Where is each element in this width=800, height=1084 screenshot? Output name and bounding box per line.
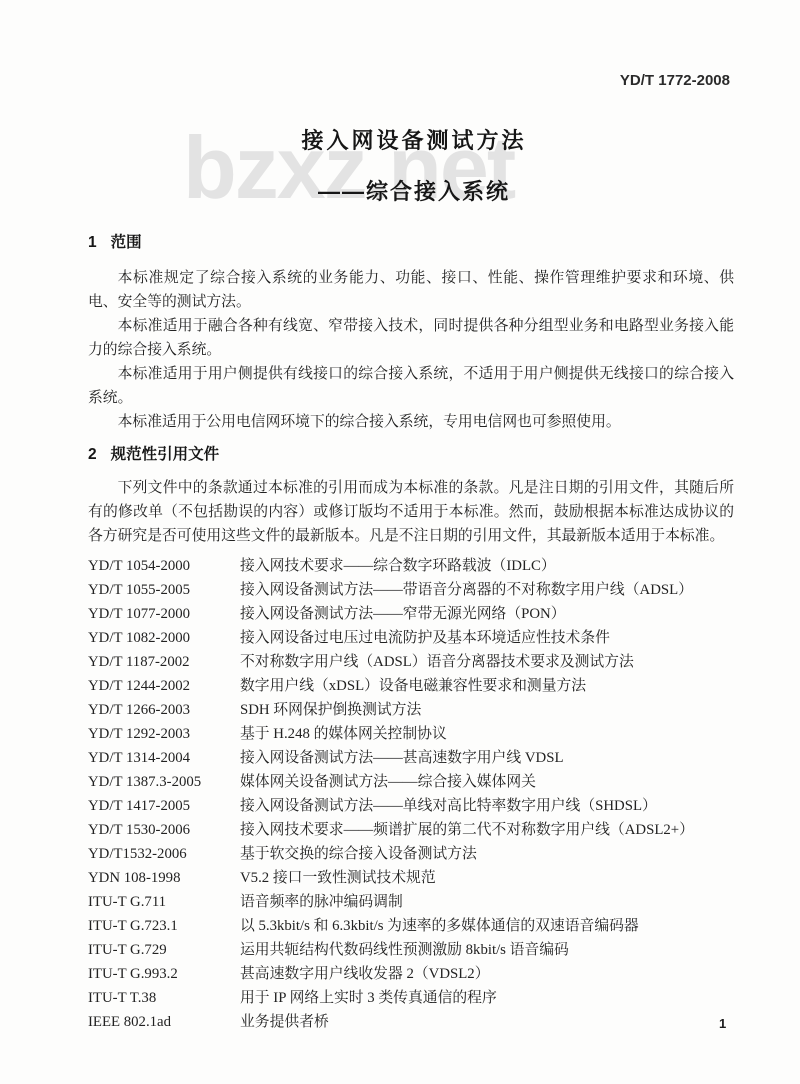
reference-title: 运用共轭结构代数码线性预测激励 8kbit/s 语音编码 <box>240 938 734 962</box>
reference-code: YD/T 1082-2000 <box>88 626 240 650</box>
reference-item: ITU-T G.993.2甚高速数字用户线收发器 2（VDSL2） <box>88 962 734 986</box>
doc-number: YD/T 1772-2008 <box>620 72 730 89</box>
reference-title: 基于软交换的综合接入设备测试方法 <box>240 842 734 866</box>
reference-item: ITU-T G.729运用共轭结构代数码线性预测激励 8kbit/s 语音编码 <box>88 938 734 962</box>
reference-item: YD/T 1292-2003基于 H.248 的媒体网关控制协议 <box>88 722 734 746</box>
reference-code: ITU-T G.723.1 <box>88 914 240 938</box>
reference-title: 用于 IP 网络上实时 3 类传真通信的程序 <box>240 986 734 1010</box>
scope-paragraph-1: 本标准规定了综合接入系统的业务能力、功能、接口、性能、操作管理维护要求和环境、供… <box>88 266 734 314</box>
reference-item: YD/T 1314-2004接入网设备测试方法——甚高速数字用户线 VDSL <box>88 746 734 770</box>
reference-title: 接入网设备测试方法——窄带无源光网络（PON） <box>240 602 734 626</box>
reference-item: YD/T 1417-2005接入网设备测试方法——单线对高比特率数字用户线（SH… <box>88 794 734 818</box>
reference-item: YD/T 1055-2005接入网设备测试方法——带语音分离器的不对称数字用户线… <box>88 578 734 602</box>
reference-code: YD/T 1266-2003 <box>88 698 240 722</box>
reference-item: ITU-T T.38用于 IP 网络上实时 3 类传真通信的程序 <box>88 986 734 1010</box>
section-title: 规范性引用文件 <box>111 446 220 463</box>
reference-code: YD/T 1055-2005 <box>88 578 240 602</box>
reference-title: 接入网设备过电压过电流防护及基本环境适应性技术条件 <box>240 626 734 650</box>
reference-code: IEEE 802.1ad <box>88 1010 240 1034</box>
section-title: 范围 <box>111 234 142 251</box>
reference-code: YD/T1532-2006 <box>88 842 240 866</box>
reference-title: 业务提供者桥 <box>240 1010 734 1034</box>
section-heading-normative-references: 2规范性引用文件 <box>88 444 734 466</box>
reference-title: 语音频率的脉冲编码调制 <box>240 890 734 914</box>
reference-title: 接入网技术要求——频谱扩展的第二代不对称数字用户线（ADSL2+） <box>240 818 734 842</box>
section-heading-scope: 1范围 <box>88 232 734 254</box>
reference-title: 接入网设备测试方法——单线对高比特率数字用户线（SHDSL） <box>240 794 734 818</box>
section-number: 2 <box>88 446 97 463</box>
document-page: bzxz.net YD/T 1772-2008 接入网设备测试方法 ——综合接入… <box>0 0 800 1084</box>
reference-code: YD/T 1292-2003 <box>88 722 240 746</box>
page-subtitle: ——综合接入系统 <box>28 175 800 206</box>
reference-code: YD/T 1530-2006 <box>88 818 240 842</box>
reference-item: YD/T 1266-2003SDH 环网保护倒换测试方法 <box>88 698 734 722</box>
reference-code: YD/T 1244-2002 <box>88 674 240 698</box>
section-number: 1 <box>88 234 97 251</box>
reference-code: YD/T 1417-2005 <box>88 794 240 818</box>
reference-code: YD/T 1314-2004 <box>88 746 240 770</box>
reference-code: ITU-T G.711 <box>88 890 240 914</box>
reference-title: 甚高速数字用户线收发器 2（VDSL2） <box>240 962 734 986</box>
page-number: 1 <box>719 1016 726 1031</box>
reference-code: ITU-T G.729 <box>88 938 240 962</box>
reference-title: SDH 环网保护倒换测试方法 <box>240 698 734 722</box>
reference-title: 数字用户线（xDSL）设备电磁兼容性要求和测量方法 <box>240 674 734 698</box>
reference-title: 不对称数字用户线（ADSL）语音分离器技术要求及测试方法 <box>240 650 734 674</box>
reference-title: 媒体网关设备测试方法——综合接入媒体网关 <box>240 770 734 794</box>
reference-item: YD/T 1387.3-2005媒体网关设备测试方法——综合接入媒体网关 <box>88 770 734 794</box>
reference-code: YD/T 1077-2000 <box>88 602 240 626</box>
reference-code: ITU-T G.993.2 <box>88 962 240 986</box>
reference-code: ITU-T T.38 <box>88 986 240 1010</box>
reference-code: YDN 108-1998 <box>88 866 240 890</box>
reference-item: YDN 108-1998V5.2 接口一致性测试技术规范 <box>88 866 734 890</box>
normative-intro-paragraph: 下列文件中的条款通过本标准的引用而成为本标准的条款。凡是注日期的引用文件，其随后… <box>88 476 734 548</box>
reference-item: YD/T 1077-2000接入网设备测试方法——窄带无源光网络（PON） <box>88 602 734 626</box>
reference-item: IEEE 802.1ad业务提供者桥 <box>88 1010 734 1034</box>
scope-paragraph-4: 本标准适用于公用电信网环境下的综合接入系统，专用电信网也可参照使用。 <box>88 410 734 434</box>
title-block: 接入网设备测试方法 ——综合接入系统 <box>0 124 800 206</box>
reference-item: YD/T 1187-2002不对称数字用户线（ADSL）语音分离器技术要求及测试… <box>88 650 734 674</box>
reference-item: YD/T 1082-2000接入网设备过电压过电流防护及基本环境适应性技术条件 <box>88 626 734 650</box>
reference-item: YD/T 1244-2002数字用户线（xDSL）设备电磁兼容性要求和测量方法 <box>88 674 734 698</box>
reference-title: 接入网设备测试方法——甚高速数字用户线 VDSL <box>240 746 734 770</box>
reference-code: YD/T 1054-2000 <box>88 554 240 578</box>
reference-item: YD/T 1054-2000接入网技术要求——综合数字环路载波（IDLC） <box>88 554 734 578</box>
reference-title: 接入网技术要求——综合数字环路载波（IDLC） <box>240 554 734 578</box>
scope-paragraph-3: 本标准适用于用户侧提供有线接口的综合接入系统，不适用于用户侧提供无线接口的综合接… <box>88 362 734 410</box>
reference-code: YD/T 1187-2002 <box>88 650 240 674</box>
reference-item: ITU-T G.723.1以 5.3kbit/s 和 6.3kbit/s 为速率… <box>88 914 734 938</box>
reference-list: YD/T 1054-2000接入网技术要求——综合数字环路载波（IDLC）YD/… <box>88 554 734 1034</box>
reference-title: V5.2 接口一致性测试技术规范 <box>240 866 734 890</box>
reference-title: 基于 H.248 的媒体网关控制协议 <box>240 722 734 746</box>
reference-item: YD/T 1530-2006接入网技术要求——频谱扩展的第二代不对称数字用户线（… <box>88 818 734 842</box>
reference-code: YD/T 1387.3-2005 <box>88 770 240 794</box>
reference-item: YD/T1532-2006基于软交换的综合接入设备测试方法 <box>88 842 734 866</box>
page-title: 接入网设备测试方法 <box>28 124 800 155</box>
document-body: 1范围 本标准规定了综合接入系统的业务能力、功能、接口、性能、操作管理维护要求和… <box>88 232 734 1034</box>
reference-title: 以 5.3kbit/s 和 6.3kbit/s 为速率的多媒体通信的双速语音编码… <box>240 914 734 938</box>
reference-item: ITU-T G.711语音频率的脉冲编码调制 <box>88 890 734 914</box>
scope-paragraph-2: 本标准适用于融合各种有线宽、窄带接入技术，同时提供各种分组型业务和电路型业务接入… <box>88 314 734 362</box>
reference-title: 接入网设备测试方法——带语音分离器的不对称数字用户线（ADSL） <box>240 578 734 602</box>
